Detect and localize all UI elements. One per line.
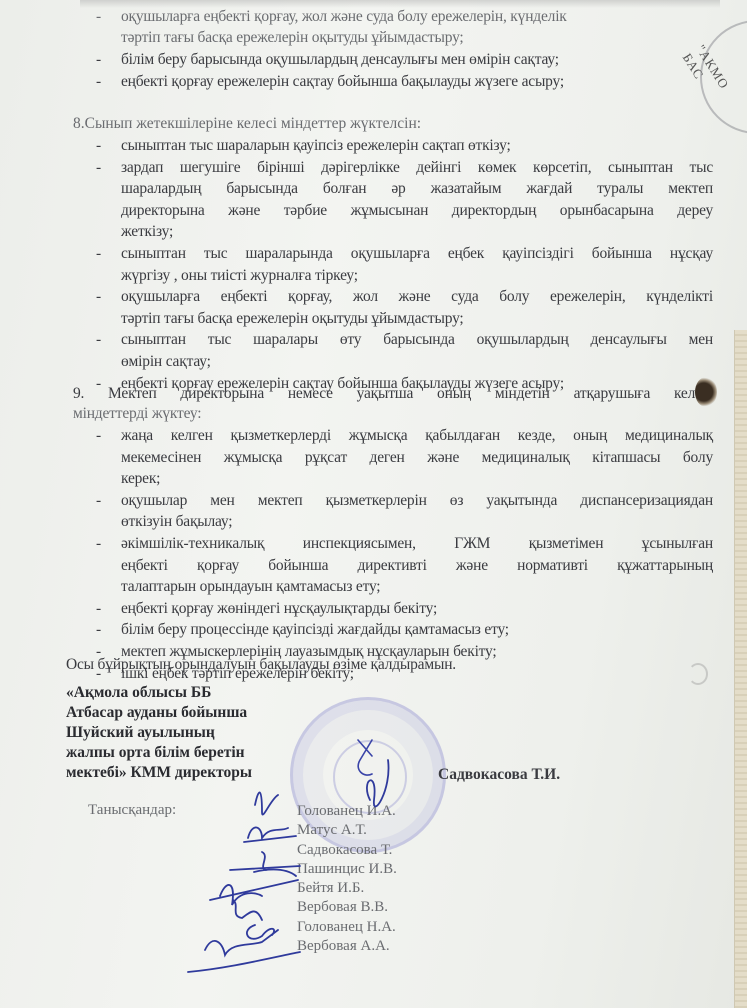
bullet: - — [96, 621, 101, 639]
list-item-continuation: директорына және тәрбие жұмысынан директ… — [121, 202, 713, 220]
list-item-continuation: шаралардың барысында болған әр жазатайым… — [121, 180, 713, 198]
closing-statement: Осы бұйрықтың орындалуын бақылауды өзіме… — [66, 656, 456, 674]
acquainted-name: Голованец И.А. — [297, 802, 397, 821]
bullet: - — [96, 492, 101, 510]
bullet: - — [96, 51, 101, 69]
signatory-line: жалпы орта білім беретін — [66, 743, 252, 763]
signatory-line: «Ақмола облысы ББ — [66, 683, 252, 703]
list-item: білім беру процессінде қауіпсізді жағдай… — [121, 621, 509, 639]
list-item: білім беру барысында оқушылардың денсаул… — [121, 51, 559, 69]
section-9-heading: 9. Мектеп директорына немесе уақытша оны… — [73, 385, 713, 403]
bullet: - — [96, 245, 101, 263]
bullet: - — [96, 535, 101, 553]
signatory-line: мектебі» КММ директоры — [66, 763, 252, 783]
list-item: оқушыларға еңбекті қорғау, жол және суда… — [121, 288, 713, 306]
list-item-continuation: керек; — [121, 470, 160, 488]
acquainted-name: Голованец Н.А. — [297, 918, 397, 937]
list-item-continuation: тәртіп тағы басқа ережелерін оқытуды ұйы… — [121, 29, 464, 47]
list-item: оқушыларға еңбекті қорғау, жол және суда… — [121, 8, 725, 26]
acquainted-list: Голованец И.А. Матус А.Т. Садвокасова Т.… — [297, 802, 397, 956]
acquainted-name: Садвокасова Т. — [297, 841, 397, 860]
list-item: еңбекті қорғау жөніндегі нұсқаулықтарды … — [121, 600, 437, 618]
document-page: - оқушыларға еңбекті қорғау, жол және су… — [0, 0, 747, 1008]
acquainted-name: Матус А.Т. — [297, 821, 397, 840]
list-item-continuation: мекемесінен жұмысқа рұқсат деген және ме… — [121, 449, 713, 467]
list-item: оқушылар мен мектеп қызметкерлерін өз уа… — [121, 492, 713, 510]
bullet: - — [96, 600, 101, 618]
acquainted-name: Вербовая А.А. — [297, 937, 397, 956]
page-fold-shadow — [80, 0, 720, 8]
bullet: - — [96, 331, 101, 349]
list-item: әкімшілік-техникалық инспекциясымен, ГЖМ… — [121, 535, 713, 553]
list-item: еңбекті қорғау ережелерін сақтау бойынша… — [121, 73, 564, 91]
list-item-continuation: өмірін сақтау; — [121, 353, 211, 371]
bullet: - — [96, 8, 101, 26]
punch-hole — [695, 377, 717, 407]
acquainted-label: Танысқандар: — [88, 802, 176, 819]
bullet: - — [96, 137, 101, 155]
list-item: жаңа келген қызметкерлерді жұмысқа қабыл… — [121, 427, 713, 445]
list-item-continuation: тәртіп тағы басқа ережелерін оқытуды ұйы… — [121, 310, 464, 328]
stacked-pages-edge — [734, 330, 747, 1008]
list-item-continuation: талаптарын орындауын қамтамасыз ету; — [121, 578, 380, 596]
bullet: - — [96, 427, 101, 445]
list-item: сыныптан тыс шараларында оқушыларға еңбе… — [121, 245, 713, 263]
section-8-heading: 8.Сынып жетекшілеріне келесі міндеттер ж… — [73, 115, 421, 133]
bullet: - — [96, 288, 101, 306]
section-9-heading-continuation: міндеттерді жүктеу: — [73, 405, 201, 423]
bullet: - — [96, 159, 101, 177]
list-item-continuation: жеткізу; — [121, 223, 173, 241]
punch-hole-mark — [688, 663, 708, 685]
signatory-line: Шуйский ауылының — [66, 723, 252, 743]
list-item-continuation: жүргізу , оны тиісті журналға тіркеу; — [121, 267, 358, 285]
acquainted-name: Пашинцис И.В. — [297, 860, 397, 879]
director-name: Садвокасова Т.И. — [438, 766, 560, 784]
list-item: сыныптан тыс шараларын қауіпсіз ережелер… — [121, 137, 511, 155]
list-item: зардап шегушіге бірінші дәрігерлікке дей… — [121, 159, 713, 177]
acquainted-name: Вербовая В.В. — [297, 898, 397, 917]
list-item: сыныптан тыс шаралары өту барысында оқуш… — [121, 331, 713, 349]
signatory-line: Атбасар ауданы бойынша — [66, 703, 252, 723]
bullet: - — [96, 73, 101, 91]
list-item-continuation: еңбекті қорғау бойынша директивті және н… — [121, 557, 713, 575]
list-item-continuation: өткізуін бақылау; — [121, 513, 232, 531]
acquainted-name: Бейтя И.Б. — [297, 879, 397, 898]
signatory-block: «Ақмола облысы ББ Атбасар ауданы бойынша… — [66, 683, 252, 783]
